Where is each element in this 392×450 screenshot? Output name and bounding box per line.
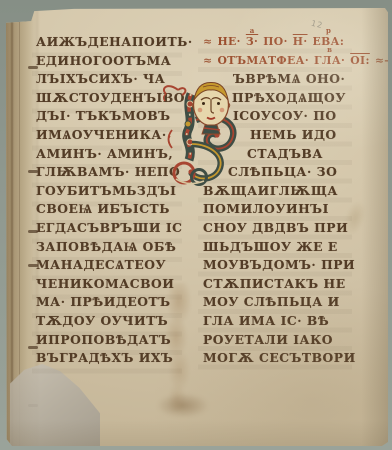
manuscript-line: ПОМИЛОУИНЪІ bbox=[203, 200, 392, 219]
manuscript-photo: 12 АИЖЪДЕНАПОИТЬ· ЕДИНОГООТЪМА ЛЪІХЪСИХЪ… bbox=[0, 0, 392, 450]
manuscript-line: СТѪПИСТАКЪ НЕ bbox=[203, 275, 392, 294]
manuscript-line: РОУЕТАЛИ ІАКО bbox=[203, 331, 392, 350]
rubric-word: ПО· bbox=[263, 33, 288, 52]
manuscript-line: ТѪДОУ ОУЧИТЪ bbox=[36, 312, 193, 331]
initial-tassel bbox=[169, 130, 173, 148]
manuscript-line: НЕМЬ ИДО bbox=[250, 126, 392, 145]
initial-flourish bbox=[164, 86, 186, 101]
manuscript-line: ЕДИНОГООТЪМА bbox=[36, 52, 193, 71]
manuscript-line: МАНАДЕСѦТЕОУ bbox=[36, 256, 193, 275]
manuscript-line: МОГѪ СЕСЪТВОРИ bbox=[203, 349, 392, 368]
manuscript-line: ВЪГРАДѢХЪ ИХЪ bbox=[36, 349, 193, 368]
manuscript-line: СТАДЪВА bbox=[247, 145, 392, 164]
manuscript-line: СЛѢПЬЦА· ЗО bbox=[228, 163, 392, 182]
rubric-number: ОІ: bbox=[350, 52, 370, 71]
manuscript-line: ИПРОПОВѢДАТЪ bbox=[36, 331, 193, 350]
manuscript-line: ГЛА ИМА ІС· ВѢ bbox=[203, 312, 392, 331]
rubric-word: Н· bbox=[293, 33, 308, 52]
gutter-fold-line bbox=[11, 8, 13, 446]
manuscript-line: ІСОУСОУ· ПО bbox=[233, 107, 392, 126]
parchment-page: 12 АИЖЪДЕНАПОИТЬ· ЕДИНОГООТЪМА ЛЪІХЪСИХЪ… bbox=[6, 8, 388, 446]
illuminated-initial-V bbox=[156, 78, 252, 196]
rubric-ornament: ≈ bbox=[203, 33, 212, 52]
initial-stem bbox=[185, 94, 193, 160]
rubric-line-2: ≈ОТЪМАТФЕА·ГЛА·вОІ:≈— bbox=[203, 52, 392, 71]
rubric-word: ГЛА· bbox=[314, 54, 345, 67]
manuscript-line: ЪВРѢМѦ ОНО· bbox=[233, 70, 392, 89]
rubric-ornament: ≈ bbox=[203, 52, 212, 71]
manuscript-line: ШЬДЪШОУ ЖЕ Е bbox=[203, 238, 392, 257]
manuscript-line: ПРѢХОДѦЩОУ bbox=[232, 89, 392, 108]
manuscript-line: ЕГДАСЪВРЪШИ ІС bbox=[36, 219, 193, 238]
rubric-number: З· bbox=[246, 35, 258, 48]
manuscript-line: ЗАПОВѢДАѨ ОБѢ bbox=[36, 238, 193, 257]
manuscript-line: СВОЕѨ ИБЪІСТЬ bbox=[36, 200, 193, 219]
parchment-repair-patch bbox=[10, 364, 100, 446]
rubric-line-1: ≈НЕ·З·аПО·Н·ЕВА:р bbox=[203, 33, 392, 52]
manuscript-line: МОУ СЛѢПЬЦА И bbox=[203, 293, 392, 312]
manuscript-line: МА· ПРѢИДЕОТЪ bbox=[36, 293, 193, 312]
manuscript-line: СНОУ ДВДВЪ ПРИ bbox=[203, 219, 392, 238]
rubric-superscript: р bbox=[326, 27, 331, 34]
rubric-superscript: в bbox=[327, 46, 332, 53]
rubric-superscript: а bbox=[250, 27, 255, 34]
manuscript-line: АИЖЪДЕНАПОИТЬ· bbox=[36, 33, 193, 52]
manuscript-line: ЧЕНИКОМАСВОИ bbox=[36, 275, 193, 294]
manuscript-line: МОУВЪДОМЪ· ПРИ bbox=[203, 256, 392, 275]
rubric-ornament: ≈— bbox=[375, 52, 392, 71]
rubric-word: ОТЪМАТФЕА· bbox=[217, 52, 309, 71]
bottom-stain bbox=[148, 392, 218, 422]
initial-face bbox=[192, 82, 230, 134]
margin-note: 12 bbox=[310, 19, 324, 31]
rubric-word: НЕ· bbox=[217, 33, 240, 52]
